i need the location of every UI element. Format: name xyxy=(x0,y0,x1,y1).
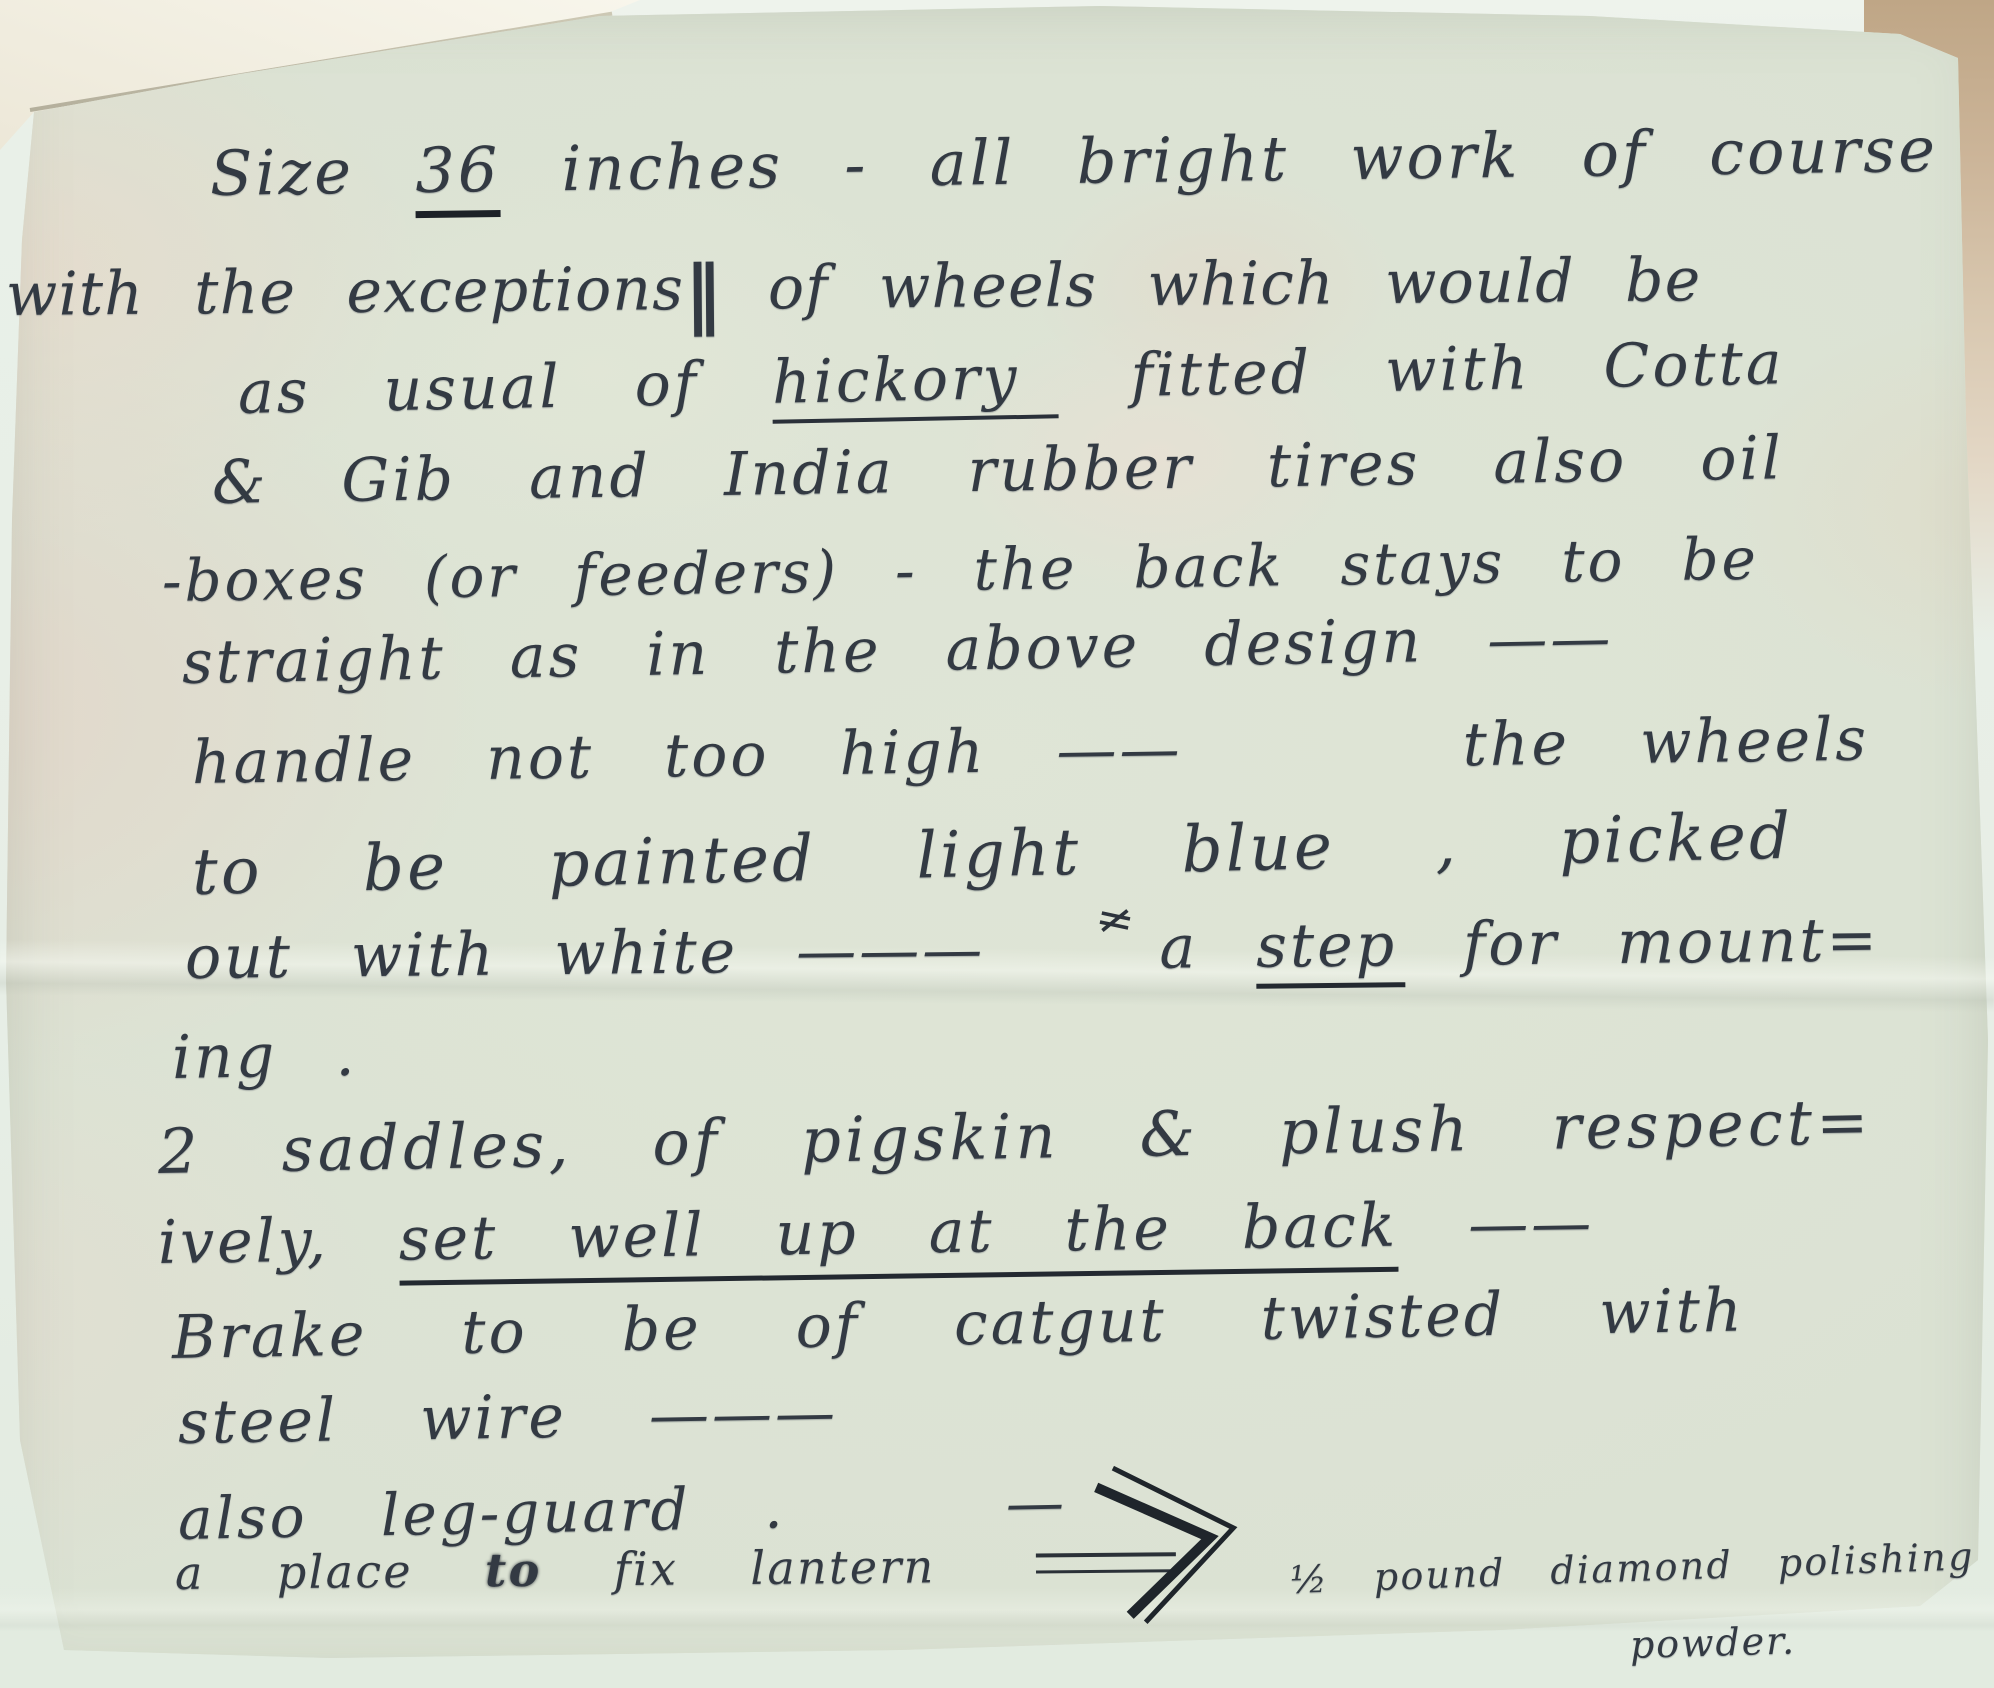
ink-blot-word: to xyxy=(485,1543,542,1597)
handwritten-line: ing . xyxy=(171,1022,358,1091)
scanned-note-page: Size 36 inches - all bright work of cour… xyxy=(0,0,1994,1688)
line-text: for mount= xyxy=(1405,905,1881,980)
underlined-text: set well up at the back xyxy=(398,1191,1398,1286)
double-chevron-icon xyxy=(1074,1446,1276,1634)
line-text: fix lantern xyxy=(541,1539,1008,1597)
line-text: ing . xyxy=(171,1020,358,1093)
handwritten-line: a place to fix lantern xyxy=(175,1539,1176,1598)
line-text: with the exceptions xyxy=(6,254,685,330)
line-text: fitted with Cotta xyxy=(1057,328,1785,412)
insertion-mark: ‖ xyxy=(684,249,718,337)
underlined-text: step xyxy=(1256,910,1406,989)
handwritten-line: powder. xyxy=(1629,1620,1796,1666)
line-text: ively, xyxy=(158,1205,400,1278)
line-text: —— xyxy=(1398,1188,1595,1261)
underlined-text: 36 xyxy=(415,133,501,218)
line-text: powder. xyxy=(1629,1618,1796,1667)
handwritten-line: steel wire ——— xyxy=(177,1380,838,1456)
line-text: Size xyxy=(209,134,415,210)
line-text: of wheels which would be xyxy=(717,245,1701,324)
line-text: a place xyxy=(175,1543,486,1600)
line-text: as usual of xyxy=(237,348,772,428)
underlined-text: hickory xyxy=(771,342,1058,423)
line-text: steel wire ——— xyxy=(177,1378,838,1458)
handwritten-line: with the exceptions‖ of wheels which wou… xyxy=(6,243,1702,340)
